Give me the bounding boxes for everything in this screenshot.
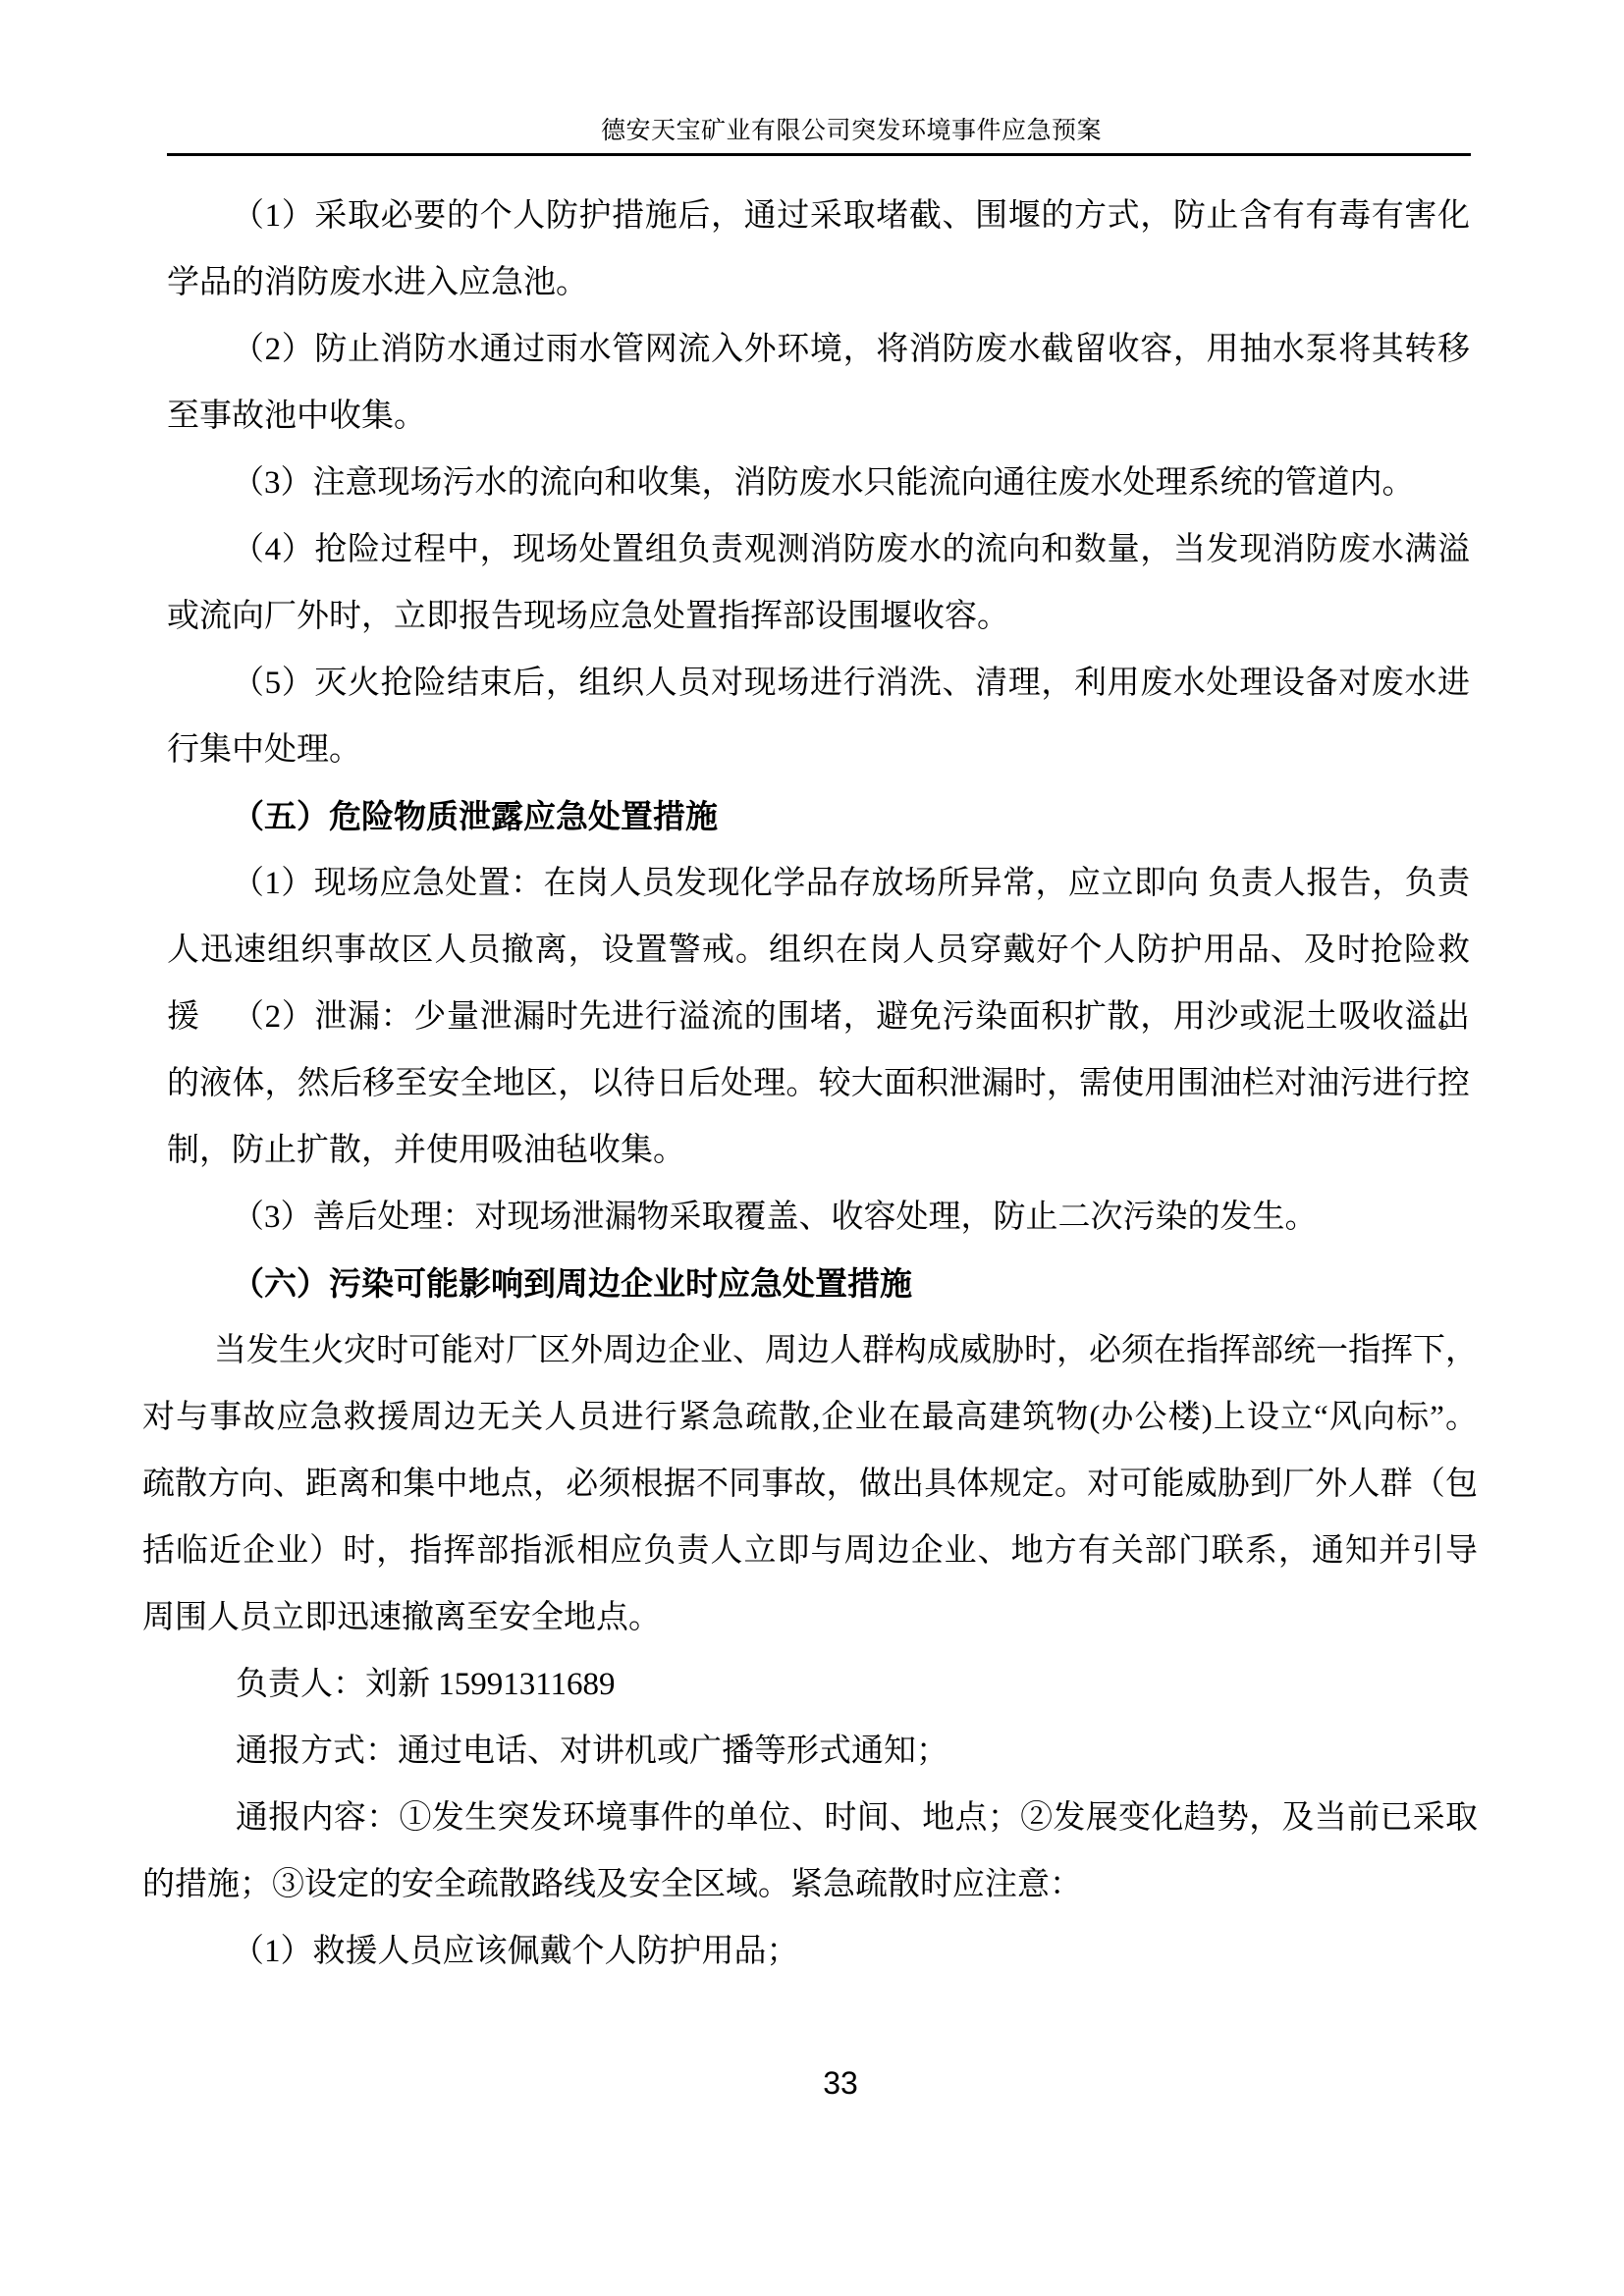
text-line: 或流向厂外时，立即报告现场应急处置指挥部设围堰收容。 — [167, 583, 1470, 650]
document-body: （1）采取必要的个人防护措施后，通过采取堵截、围堰的方式，防止含有有毒有害化学品… — [142, 183, 1478, 1985]
text-line: （1）救援人员应该佩戴个人防护用品； — [167, 1918, 1470, 1985]
para-evacuation: 当发生火灾时可能对厂区外周边企业、周边人群构成威胁时，必须在指挥部统一指挥下，对… — [142, 1317, 1478, 1651]
text-line: （1）采取必要的个人防护措施后，通过采取堵截、围堰的方式，防止含有有毒有害化 — [167, 183, 1470, 249]
text-line: 疏散方向、距离和集中地点，必须根据不同事故，做出具体规定。对可能威胁到厂外人群（… — [142, 1451, 1478, 1518]
text-line: （5）灭火抢险结束后，组织人员对现场进行消洗、清理，利用废水处理设备对废水进 — [167, 650, 1470, 717]
text-line: （3）善后处理：对现场泄漏物采取覆盖、收容处理，防止二次污染的发生。 — [167, 1184, 1470, 1251]
item-leak-2: （2）泄漏：少量泄漏时先进行溢流的围堵，避免污染面积扩散，用沙或泥土吸收溢出的液… — [142, 984, 1478, 1184]
text-line: 的措施；③设定的安全疏散路线及安全区域。紧急疏散时应注意： — [142, 1851, 1478, 1918]
text-line: 的液体，然后移至安全地区，以待日后处理。较大面积泄漏时，需使用围油栏对油污进行控 — [167, 1050, 1470, 1117]
text-line: 当发生火灾时可能对厂区外周边企业、周边人群构成威胁时，必须在指挥部统一指挥下， — [142, 1317, 1478, 1384]
para-responsible-person: 负责人：刘新 15991311689 — [142, 1651, 1478, 1718]
text-line: 周围人员立即迅速撤离至安全地点。 — [142, 1584, 1478, 1651]
item-fire-water-3: （3）注意现场污水的流向和收集，消防废水只能流向通往废水处理系统的管道内。 — [142, 450, 1478, 516]
text-line: 人迅速组织事故区人员撤离，设置警戒。组织在岗人员穿戴好个人防护用品、及时抢险救援… — [167, 917, 1470, 984]
text-line: 行集中处理。 — [167, 717, 1470, 783]
section-heading-text: （五）危险物质泄露应急处置措施 — [167, 783, 1470, 850]
document-page: 德安天宝矿业有限公司突发环境事件应急预案 （1）采取必要的个人防护措施后，通过采… — [0, 0, 1624, 2296]
page-number: 33 — [823, 2064, 858, 2102]
text-line: （1）现场应急处置：在岗人员发现化学品存放场所异常，应立即向 负责人报告，负责 — [167, 850, 1470, 917]
text-line: 学品的消防废水进入应急池。 — [167, 249, 1470, 316]
text-line: （4）抢险过程中，现场处置组负责观测消防废水的流向和数量，当发现消防废水满溢 — [167, 516, 1470, 583]
text-line: 制，防止扩散，并使用吸油毡收集。 — [167, 1117, 1470, 1184]
section-heading-5: （五）危险物质泄露应急处置措施 — [142, 783, 1478, 850]
header-rule — [167, 153, 1471, 156]
item-fire-water-1: （1）采取必要的个人防护措施后，通过采取堵截、围堰的方式，防止含有有毒有害化学品… — [142, 183, 1478, 316]
item-fire-water-2: （2）防止消防水通过雨水管网流入外环境，将消防废水截留收容，用抽水泵将其转移至事… — [142, 316, 1478, 450]
item-fire-water-5: （5）灭火抢险结束后，组织人员对现场进行消洗、清理，利用废水处理设备对废水进行集… — [142, 650, 1478, 783]
text-line: 通报内容：①发生突发环境事件的单位、时间、地点；②发展变化趋势，及当前已采取 — [142, 1785, 1478, 1851]
text-line: 通报方式：通过电话、对讲机或广播等形式通知； — [142, 1718, 1478, 1785]
text-line: 括临近企业）时，指挥部指派相应负责人立即与周边企业、地方有关部门联系，通知并引导 — [142, 1518, 1478, 1584]
text-line: 至事故池中收集。 — [167, 383, 1470, 450]
text-line: （3）注意现场污水的流向和收集，消防废水只能流向通往废水处理系统的管道内。 — [167, 450, 1470, 516]
para-notify-method: 通报方式：通过电话、对讲机或广播等形式通知； — [142, 1718, 1478, 1785]
text-line: （2）泄漏：少量泄漏时先进行溢流的围堵，避免污染面积扩散，用沙或泥土吸收溢出 — [167, 984, 1470, 1050]
section-heading-text: （六）污染可能影响到周边企业时应急处置措施 — [167, 1251, 1470, 1317]
item-rescue-ppe: （1）救援人员应该佩戴个人防护用品； — [142, 1918, 1478, 1985]
item-leak-1: （1）现场应急处置：在岗人员发现化学品存放场所异常，应立即向 负责人报告，负责人… — [142, 850, 1478, 984]
section-heading-6: （六）污染可能影响到周边企业时应急处置措施 — [142, 1251, 1478, 1317]
text-line: （2）防止消防水通过雨水管网流入外环境，将消防废水截留收容，用抽水泵将其转移 — [167, 316, 1470, 383]
text-line: 对与事故应急救援周边无关人员进行紧急疏散,企业在最高建筑物(办公楼)上设立“风向… — [142, 1384, 1478, 1451]
page-header-title: 德安天宝矿业有限公司突发环境事件应急预案 — [601, 117, 1102, 146]
item-leak-3: （3）善后处理：对现场泄漏物采取覆盖、收容处理，防止二次污染的发生。 — [142, 1184, 1478, 1251]
para-notify-content: 通报内容：①发生突发环境事件的单位、时间、地点；②发展变化趋势，及当前已采取的措… — [142, 1785, 1478, 1918]
text-line: 负责人：刘新 15991311689 — [142, 1651, 1478, 1718]
item-fire-water-4: （4）抢险过程中，现场处置组负责观测消防废水的流向和数量，当发现消防废水满溢或流… — [142, 516, 1478, 650]
